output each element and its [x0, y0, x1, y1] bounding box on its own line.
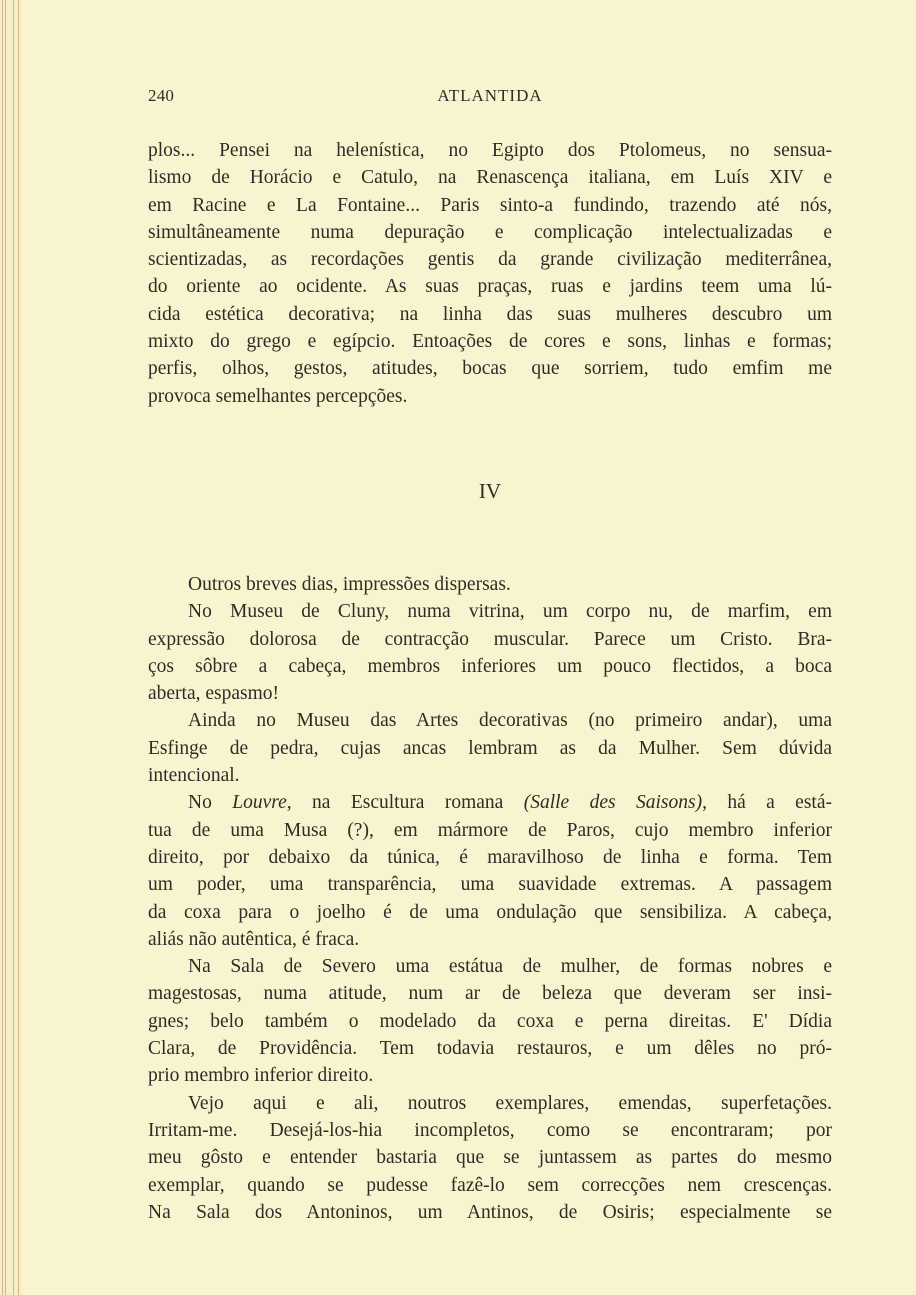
text-line: da coxa para o joelho é de uma ondulação… [148, 899, 832, 926]
text-line: meu gôsto e entender bastaria que se jun… [148, 1144, 832, 1171]
text-line: intencional. [148, 762, 832, 789]
paragraph-continued: plos... Pensei na helenística, no Egipto… [148, 137, 832, 410]
text-line: Irritam-me. Desejá-los-hia incompletos, … [148, 1117, 832, 1144]
text-line: cida estética decorativa; na linha das s… [148, 301, 832, 328]
text-line: plos... Pensei na helenística, no Egipto… [148, 137, 832, 164]
text-line: do oriente ao ocidente. As suas praças, … [148, 273, 832, 300]
paragraph: No Louvre, na Escultura romana (Salle de… [148, 789, 832, 953]
text-line: scientizadas, as recordações gentis da g… [148, 246, 832, 273]
text-span: , há a está- [702, 792, 832, 813]
text-line: em Racine e La Fontaine... Paris sinto-a… [148, 192, 832, 219]
text-line: um poder, uma transparência, uma suavida… [148, 871, 832, 898]
section-heading: IV [148, 479, 832, 504]
text-line: lismo de Horácio e Catulo, na Renascença… [148, 164, 832, 191]
paragraph: Outros breves dias, impressões dispersas… [148, 571, 832, 598]
italic-text-salle: (Salle des Saisons) [524, 792, 702, 813]
text-span: , na Escultura romana [287, 792, 524, 813]
text-line: Na Sala de Severo uma estátua de mulher,… [148, 953, 832, 980]
section-body: Outros breves dias, impressões dispersas… [148, 571, 832, 1226]
text-line: gnes; belo também o modelado da coxa e p… [148, 1008, 832, 1035]
text-line: Clara, de Providência. Tem todavia resta… [148, 1035, 832, 1062]
page-header: 240 ATLANTIDA [148, 86, 832, 110]
paragraph: Vejo aqui e ali, noutros exemplares, eme… [148, 1090, 832, 1226]
running-head: ATLANTIDA [148, 86, 832, 106]
text-line: Ainda no Museu das Artes decorativas (no… [148, 707, 832, 734]
text-line: prio membro inferior direito. [148, 1062, 832, 1089]
paragraph: No Museu de Cluny, numa vitrina, um corp… [148, 598, 832, 707]
text-line: exemplar, quando se pudesse fazê-lo sem … [148, 1172, 832, 1199]
text-line: direito, por debaixo da túnica, é maravi… [148, 844, 832, 871]
text-line: mixto do grego e egípcio. Entoações de c… [148, 328, 832, 355]
text-line: tua de uma Musa (?), em mármore de Paros… [148, 817, 832, 844]
paragraph: Na Sala de Severo uma estátua de mulher,… [148, 953, 832, 1089]
page-edge-line [18, 0, 19, 1295]
text-line: magestosas, numa atitude, num ar de bele… [148, 980, 832, 1007]
text-line: aberta, espasmo! [148, 680, 832, 707]
text-line: Na Sala dos Antoninos, um Antinos, de Os… [148, 1199, 832, 1226]
paragraph: Ainda no Museu das Artes decorativas (no… [148, 707, 832, 789]
page-edge-line [5, 0, 6, 1295]
text-line: Outros breves dias, impressões dispersas… [148, 571, 832, 598]
text-line: simultâneamente numa depuração e complic… [148, 219, 832, 246]
text-line: provoca semelhantes percepções. [148, 383, 832, 410]
text-line: No Louvre, na Escultura romana (Salle de… [148, 789, 832, 816]
text-line: expressão dolorosa de contracção muscula… [148, 626, 832, 653]
text-line: No Museu de Cluny, numa vitrina, um corp… [148, 598, 832, 625]
page-edge-line [13, 0, 14, 1295]
text-span: No [188, 792, 232, 813]
text-line: aliás não autêntica, é fraca. [148, 926, 832, 953]
page-edges [0, 0, 22, 1295]
text-line: perfis, olhos, gestos, atitudes, bocas q… [148, 355, 832, 382]
text-line: ços sôbre a cabeça, membros inferiores u… [148, 653, 832, 680]
italic-text-louvre: Louvre [232, 792, 287, 813]
page-edge-line [2, 0, 3, 1295]
text-line: Esfinge de pedra, cujas ancas lembram as… [148, 735, 832, 762]
text-line: Vejo aqui e ali, noutros exemplares, eme… [148, 1090, 832, 1117]
